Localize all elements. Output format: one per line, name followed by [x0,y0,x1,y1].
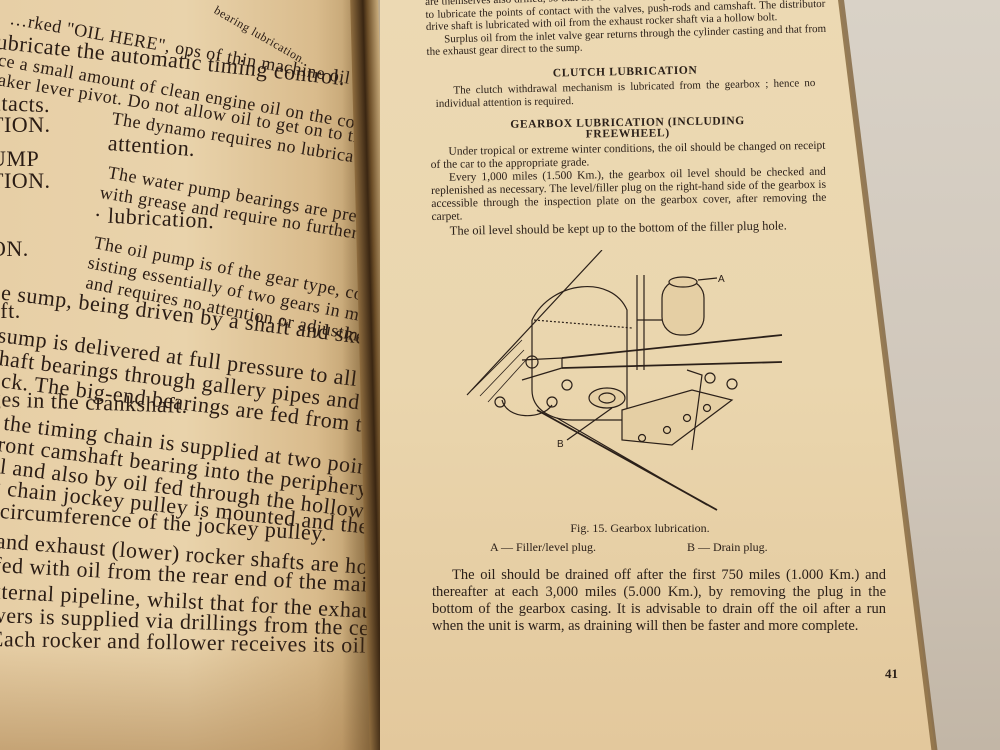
text-line: TION. [0,112,51,138]
text-line: aft. [0,298,21,324]
left-page: …rked "OIL HERE", ops of thin machine oi… [0,0,372,750]
text-line: · lubrication. [93,202,215,234]
left-page-shadow [0,640,372,750]
paragraph: Every 1,000 miles (1.500 Km.), the gearb… [431,166,827,224]
figure-legend-b: B — Drain plug. [687,540,807,555]
figure-legend-a: A — Filler/level plug. [490,540,640,555]
svg-text:B: B [557,439,564,450]
text-line: attention. [107,130,196,162]
gearbox-illustration: A B [462,250,802,530]
gearbox-section: GEARBOX LUBRICATION (INCLUDING FREEWHEEL… [430,114,827,239]
page-number: 41 [885,666,898,682]
figure-caption: Fig. 15. Gearbox lubrication. [530,521,750,536]
text-line: TION. [0,168,51,194]
text-line: ON. [0,236,29,262]
clutch-section: CLUTCH LUBRICATION The clutch withdrawal… [435,62,816,110]
drain-paragraph-block: The oil should be drained off after the … [432,567,886,635]
paragraph: The oil should be drained off after the … [432,567,886,635]
svg-text:A: A [718,274,725,285]
